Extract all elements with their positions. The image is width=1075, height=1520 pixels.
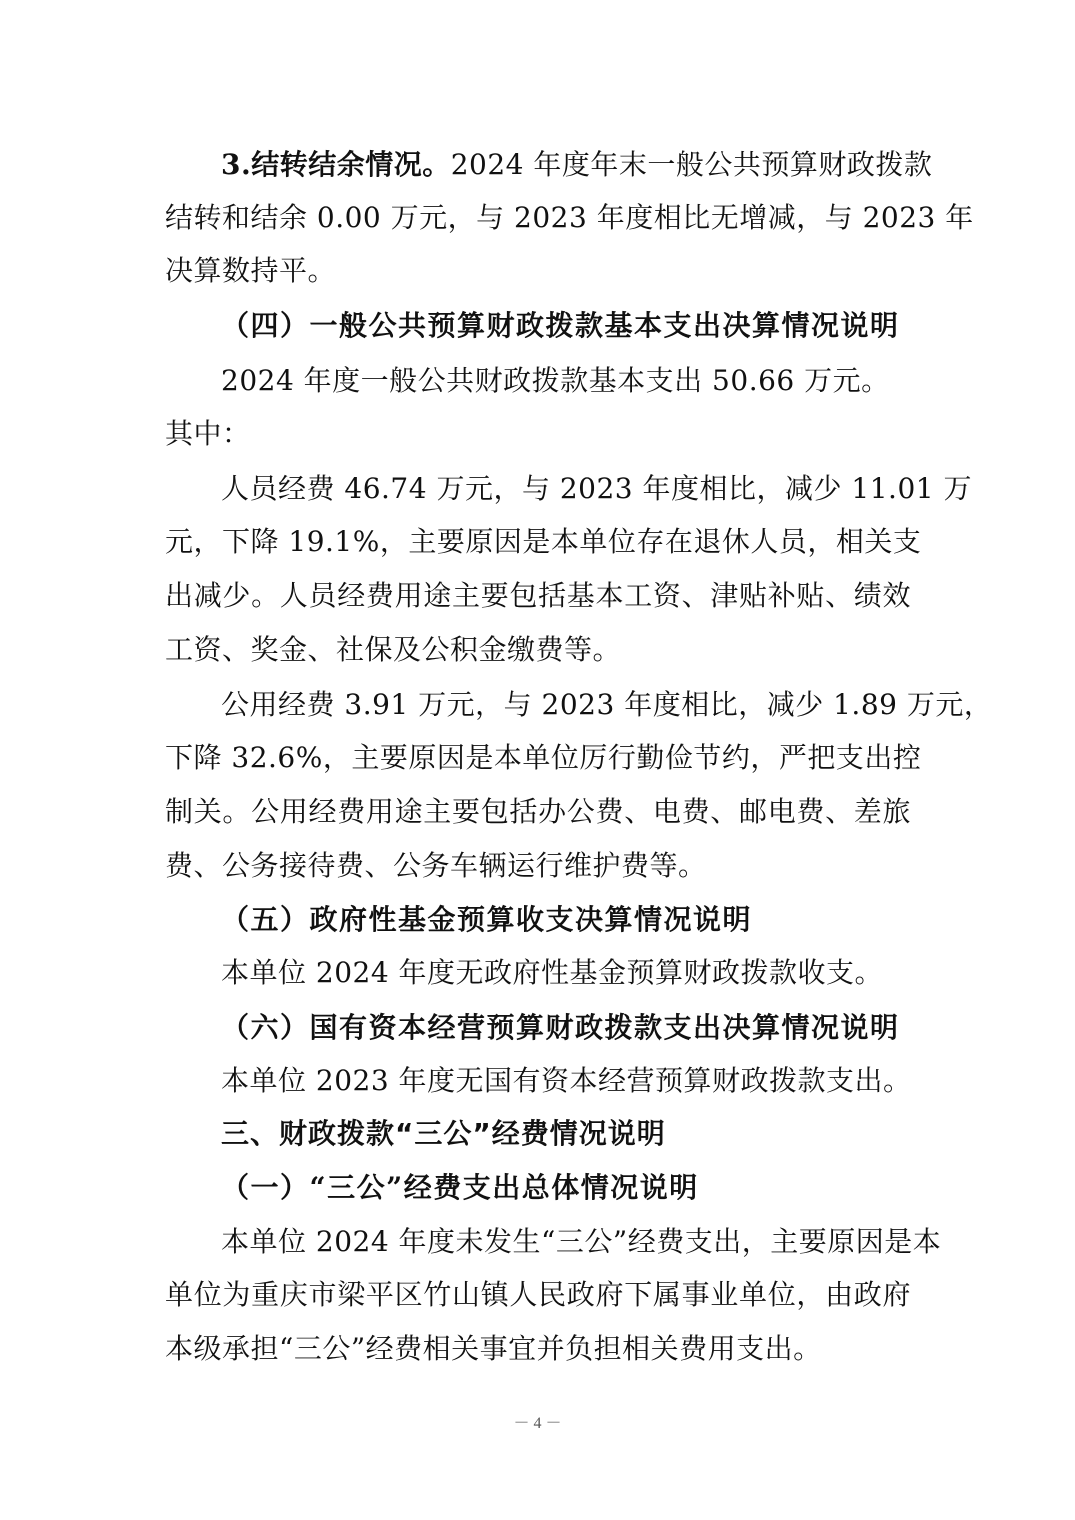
section-heading-three-public-overall: （一）“三公”经费支出总体情况说明 [221, 1171, 911, 1205]
carryover-lead: 3.结转结余情况。 [221, 148, 451, 181]
public-line-4: 费、公务接待费、公务车辆运行维护费等。 [165, 849, 911, 883]
three-public-line-2: 单位为重庆市梁平区竹山镇人民政府下属事业单位，由政府 [165, 1278, 911, 1312]
personnel-line-2: 元，下降 19.1%，主要原因是本单位存在退休人员，相关支 [165, 525, 911, 559]
state-capital-text: 本单位 2023 年度无国有资本经营预算财政拨款支出。 [221, 1064, 911, 1098]
document-page: 3.结转结余情况。2024 年度年末一般公共预算财政拨款 结转和结余 0.00 … [0, 0, 1075, 1520]
personnel-line-1: 人员经费 46.74 万元，与 2023 年度相比，减少 11.01 万 [221, 472, 911, 506]
basic-expenditure-intro: 2024 年度一般公共财政拨款基本支出 50.66 万元。 [221, 364, 911, 398]
basic-expenditure-among: 其中： [165, 417, 911, 451]
section-heading-gov-fund: （五）政府性基金预算收支决算情况说明 [221, 903, 911, 937]
section-heading-state-capital: （六）国有资本经营预算财政拨款支出决算情况说明 [221, 1011, 911, 1045]
page-number: － 4 － [0, 1410, 1075, 1433]
three-public-line-1: 本单位 2024 年度未发生“三公”经费支出，主要原因是本 [221, 1225, 911, 1259]
personnel-line-4: 工资、奖金、社保及公积金缴费等。 [165, 633, 911, 667]
chapter-heading-three-public: 三、财政拨款“三公”经费情况说明 [221, 1117, 911, 1151]
carryover-line-3: 决算数持平。 [165, 254, 911, 288]
carryover-text: 2024 年度年末一般公共预算财政拨款 [451, 148, 933, 181]
three-public-line-3: 本级承担“三公”经费相关事宜并负担相关费用支出。 [165, 1332, 911, 1366]
public-line-2: 下降 32.6%，主要原因是本单位厉行勤俭节约，严把支出控 [165, 741, 911, 775]
carryover-line-2: 结转和结余 0.00 万元，与 2023 年度相比无增减，与 2023 年 [165, 201, 911, 235]
personnel-line-3: 出减少。人员经费用途主要包括基本工资、津贴补贴、绩效 [165, 579, 911, 613]
public-line-1: 公用经费 3.91 万元，与 2023 年度相比，减少 1.89 万元， [221, 688, 911, 722]
carryover-line-1: 3.结转结余情况。2024 年度年末一般公共预算财政拨款 [221, 148, 911, 182]
public-line-3: 制关。公用经费用途主要包括办公费、电费、邮电费、差旅 [165, 795, 911, 829]
section-heading-basic-expenditure: （四）一般公共预算财政拨款基本支出决算情况说明 [221, 309, 911, 343]
gov-fund-text: 本单位 2024 年度无政府性基金预算财政拨款收支。 [221, 956, 911, 990]
